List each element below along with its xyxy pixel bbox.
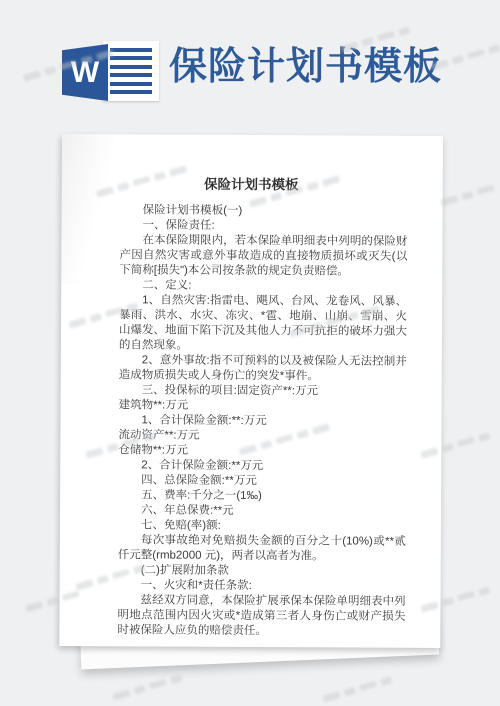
document-paragraph: 2、意外事故:指不可预料的以及被保险人无法控制并造成物质损失或人身伤亡的突发*事… <box>119 353 407 385</box>
document-paragraph: 六、年总保费:**元 <box>118 503 406 520</box>
document-paragraph: 三、投保标的项目:固定资产**:万元 <box>119 383 407 400</box>
document-paragraph: 建筑物**:万元 <box>119 398 407 415</box>
document-paragraph: 七、免赔(率)额: <box>118 518 406 535</box>
document-paragraph: 兹经双方同意，本保险扩展承保本保险单明细表中列明地点范围内因火灾或*造成第三者人… <box>117 593 405 640</box>
document-paragraph: 在本保险期限内，若本保险单明细表中列明的保险财产因自然灾害或意外事故造成的直接物… <box>119 233 407 280</box>
document-paragraph: 每次事故绝对免赔损失金额的百分之十(10%)或**贰仟元整(rmb2000 元)… <box>118 533 406 565</box>
word-icon: W <box>62 36 159 104</box>
page-curl-shading <box>61 134 114 284</box>
document-paragraph: 二、定义: <box>119 278 407 295</box>
header: W 保险计划书模板 <box>0 0 500 130</box>
document-paragraph: 1、合计保险金额:**:万元 <box>118 413 406 430</box>
document-page: 保险计划书模板 保险计划书模板(一)一、保险责任:在本保险期限内，若本保险单明细… <box>59 134 443 648</box>
document-body: 保险计划书模板(一)一、保险责任:在本保险期限内，若本保险单明细表中列明的保险财… <box>117 203 407 640</box>
watermark <box>112 674 182 700</box>
document-paragraph: 1、自然灾害:指雷电、飓风、台风、龙卷风、风暴、暴雨、洪水、水灾、冻灾、*雹、地… <box>119 293 407 355</box>
watermark <box>322 676 392 702</box>
page-title: 保险计划书模板 <box>169 48 442 86</box>
template-preview: W 保险计划书模板 保险计划书模板 保险计划书模板(一)一、保险责任:在本保险期… <box>0 0 500 706</box>
document-paragraph: 仓储物**:万元 <box>118 443 406 460</box>
watermark <box>440 185 495 207</box>
document-paragraph: 保险计划书模板(一) <box>120 203 408 220</box>
document-paragraph: 一、保险责任: <box>119 218 407 235</box>
word-icon-w-panel: W <box>62 44 108 101</box>
document-paragraph: 四、总保险金额:**万元 <box>118 473 406 490</box>
document-title: 保险计划书模板 <box>120 172 383 193</box>
document-paragraph: (二)扩展附加条款 <box>118 563 406 580</box>
document-paragraph: 2、合计保险金额:**万元 <box>118 458 406 475</box>
document-paragraph: 流动资产**:万元 <box>118 428 406 445</box>
document-paragraph: 一、火灾和*责任条款: <box>118 578 406 595</box>
word-icon-document-sheet <box>103 41 159 101</box>
word-icon-letter: W <box>71 58 99 88</box>
document-paragraph: 五、费率:千分之一(1‰) <box>118 488 406 505</box>
